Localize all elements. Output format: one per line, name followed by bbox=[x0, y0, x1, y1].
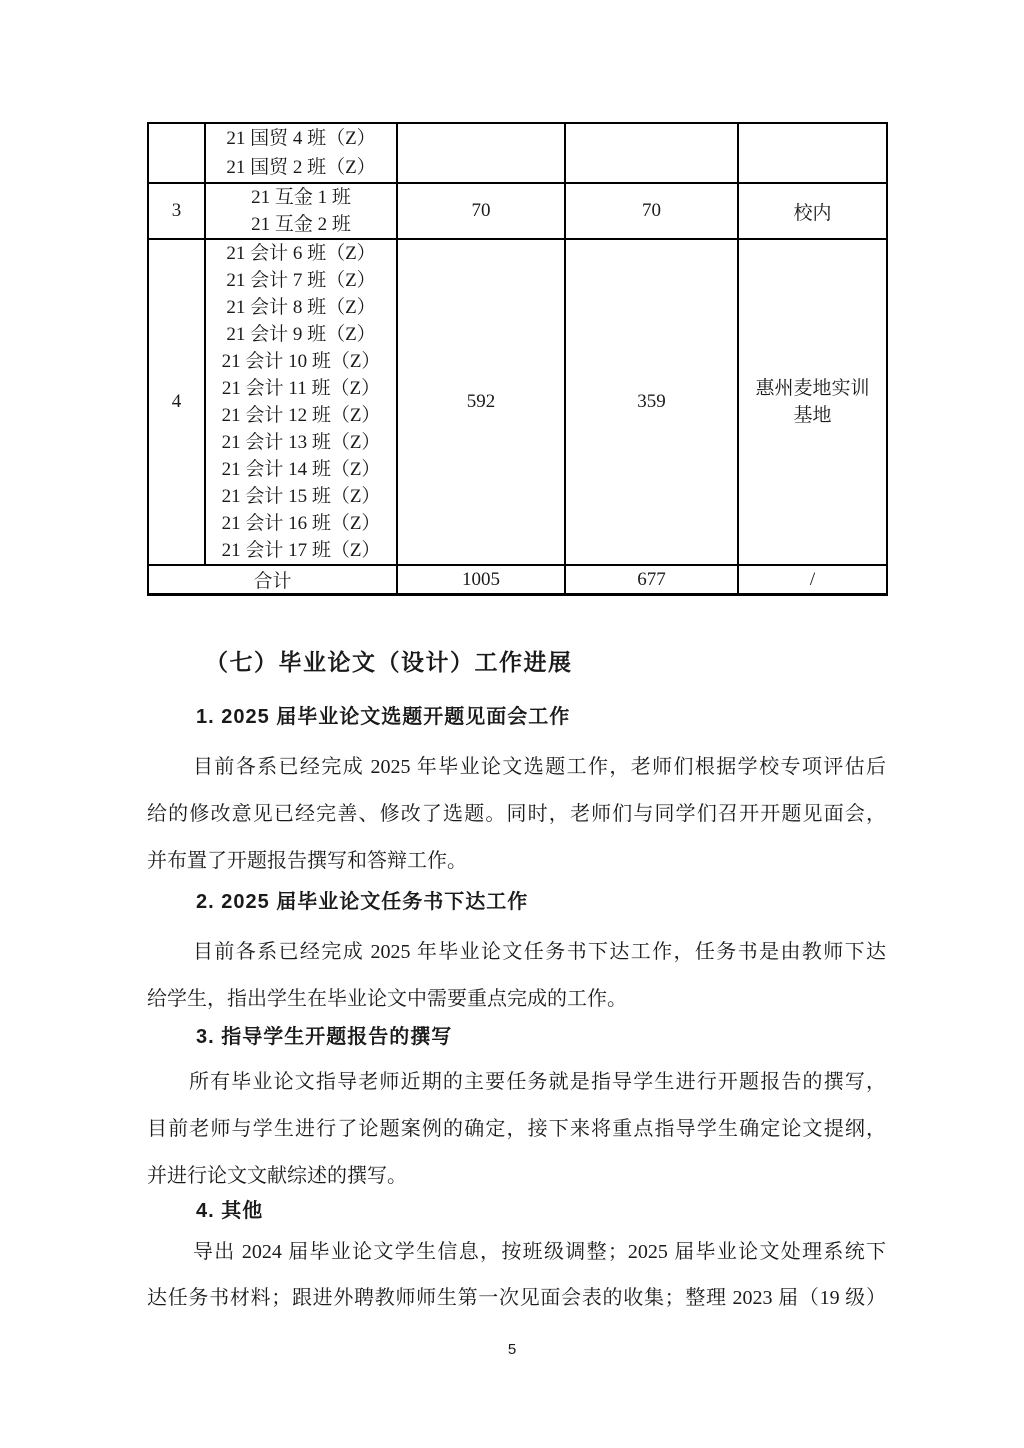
subsection-title-1: 1. 2025 届毕业论文选题开题见面会工作 bbox=[196, 705, 570, 730]
cell-location bbox=[738, 123, 887, 183]
table-row: 21 国贸 4 班（Z） 21 国贸 2 班（Z） bbox=[148, 123, 887, 183]
class-line: 21 会计 7 班（Z） bbox=[206, 267, 396, 294]
cell-total-location: / bbox=[738, 565, 887, 595]
location-line: 基地 bbox=[739, 402, 886, 429]
cell-classes: 21 国贸 4 班（Z） 21 国贸 2 班（Z） bbox=[205, 123, 397, 183]
cell-total-col4: 677 bbox=[565, 565, 738, 595]
document-page: 21 国贸 4 班（Z） 21 国贸 2 班（Z） 3 21 互金 1 班 21… bbox=[0, 0, 1024, 1448]
paragraph-line: 并布置了开题报告撰写和答辩工作。 bbox=[147, 838, 886, 885]
class-line: 21 会计 16 班（Z） bbox=[206, 510, 396, 537]
paragraph-line: 目前老师与学生进行了论题案例的确定，接下来将重点指导学生确定论文提纲， bbox=[147, 1106, 886, 1153]
table-row: 4 21 会计 6 班（Z） 21 会计 7 班（Z） 21 会计 8 班（Z）… bbox=[148, 239, 887, 565]
paragraph-1: 目前各系已经完成 2025 年毕业论文选题工作，老师们根据学校专项评估后 给的修… bbox=[147, 744, 886, 885]
class-line: 21 会计 17 班（Z） bbox=[206, 537, 396, 564]
section-heading: （七）毕业论文（设计）工作进展 bbox=[205, 648, 573, 677]
cell-classes: 21 会计 6 班（Z） 21 会计 7 班（Z） 21 会计 8 班（Z） 2… bbox=[205, 239, 397, 565]
cell-col4 bbox=[565, 123, 738, 183]
subsection-title-2: 2. 2025 届毕业论文任务书下达工作 bbox=[196, 890, 528, 915]
class-line: 21 会计 11 班（Z） bbox=[206, 375, 396, 402]
class-line: 21 会计 12 班（Z） bbox=[206, 402, 396, 429]
subsection-title-4: 4. 其他 bbox=[196, 1199, 263, 1224]
cell-row-num: 4 bbox=[148, 239, 205, 565]
cell-col3: 70 bbox=[397, 183, 565, 239]
class-line: 21 会计 6 班（Z） bbox=[206, 240, 396, 267]
class-line: 21 会计 10 班（Z） bbox=[206, 348, 396, 375]
location-line: 惠州麦地实训 bbox=[739, 375, 886, 402]
cell-col4: 70 bbox=[565, 183, 738, 239]
cell-total-label: 合计 bbox=[148, 565, 397, 595]
class-line: 21 会计 14 班（Z） bbox=[206, 456, 396, 483]
class-line: 21 会计 15 班（Z） bbox=[206, 483, 396, 510]
page-number: 5 bbox=[0, 1341, 1024, 1358]
class-line: 21 互金 1 班 bbox=[206, 184, 396, 211]
cell-row-num bbox=[148, 123, 205, 183]
paragraph-3: 所有毕业论文指导老师近期的主要任务就是指导学生进行开题报告的撰写， 目前老师与学… bbox=[147, 1059, 886, 1200]
cell-col3 bbox=[397, 123, 565, 183]
paragraph-line: 导出 2024 届毕业论文学生信息，按班级调整；2025 届毕业论文处理系统下 bbox=[147, 1229, 886, 1275]
subsection-title-3: 3. 指导学生开题报告的撰写 bbox=[196, 1025, 452, 1050]
cell-location: 惠州麦地实训 基地 bbox=[738, 239, 887, 565]
paragraph-line: 并进行论文文献综述的撰写。 bbox=[147, 1153, 886, 1200]
paragraph-line: 给的修改意见已经完善、修改了选题。同时，老师们与同学们召开开题见面会， bbox=[147, 791, 886, 838]
table-row: 3 21 互金 1 班 21 互金 2 班 70 70 校内 bbox=[148, 183, 887, 239]
cell-col3: 592 bbox=[397, 239, 565, 565]
paragraph-line: 所有毕业论文指导老师近期的主要任务就是指导学生进行开题报告的撰写， bbox=[147, 1059, 886, 1106]
paragraph-line: 目前各系已经完成 2025 年毕业论文选题工作，老师们根据学校专项评估后 bbox=[147, 744, 886, 791]
table-total-row: 合计 1005 677 / bbox=[148, 565, 887, 595]
cell-total-col3: 1005 bbox=[397, 565, 565, 595]
cell-row-num: 3 bbox=[148, 183, 205, 239]
class-line: 21 会计 13 班（Z） bbox=[206, 429, 396, 456]
cell-col4: 359 bbox=[565, 239, 738, 565]
class-line: 21 国贸 2 班（Z） bbox=[206, 153, 396, 182]
cell-location: 校内 bbox=[738, 183, 887, 239]
class-line: 21 国贸 4 班（Z） bbox=[206, 124, 396, 153]
paragraph-line: 给学生，指出学生在毕业论文中需要重点完成的工作。 bbox=[147, 976, 886, 1023]
class-line: 21 会计 8 班（Z） bbox=[206, 294, 396, 321]
paragraph-line: 目前各系已经完成 2025 年毕业论文任务书下达工作，任务书是由教师下达 bbox=[147, 929, 886, 976]
class-line: 21 会计 9 班（Z） bbox=[206, 321, 396, 348]
graduation-internship-table: 21 国贸 4 班（Z） 21 国贸 2 班（Z） 3 21 互金 1 班 21… bbox=[147, 122, 888, 596]
class-line: 21 互金 2 班 bbox=[206, 211, 396, 238]
cell-classes: 21 互金 1 班 21 互金 2 班 bbox=[205, 183, 397, 239]
paragraph-2: 目前各系已经完成 2025 年毕业论文任务书下达工作，任务书是由教师下达 给学生… bbox=[147, 929, 886, 1023]
paragraph-4: 导出 2024 届毕业论文学生信息，按班级调整；2025 届毕业论文处理系统下 … bbox=[147, 1229, 886, 1321]
paragraph-line: 达任务书材料；跟进外聘教师师生第一次见面会表的收集；整理 2023 届（19 级… bbox=[147, 1275, 886, 1321]
